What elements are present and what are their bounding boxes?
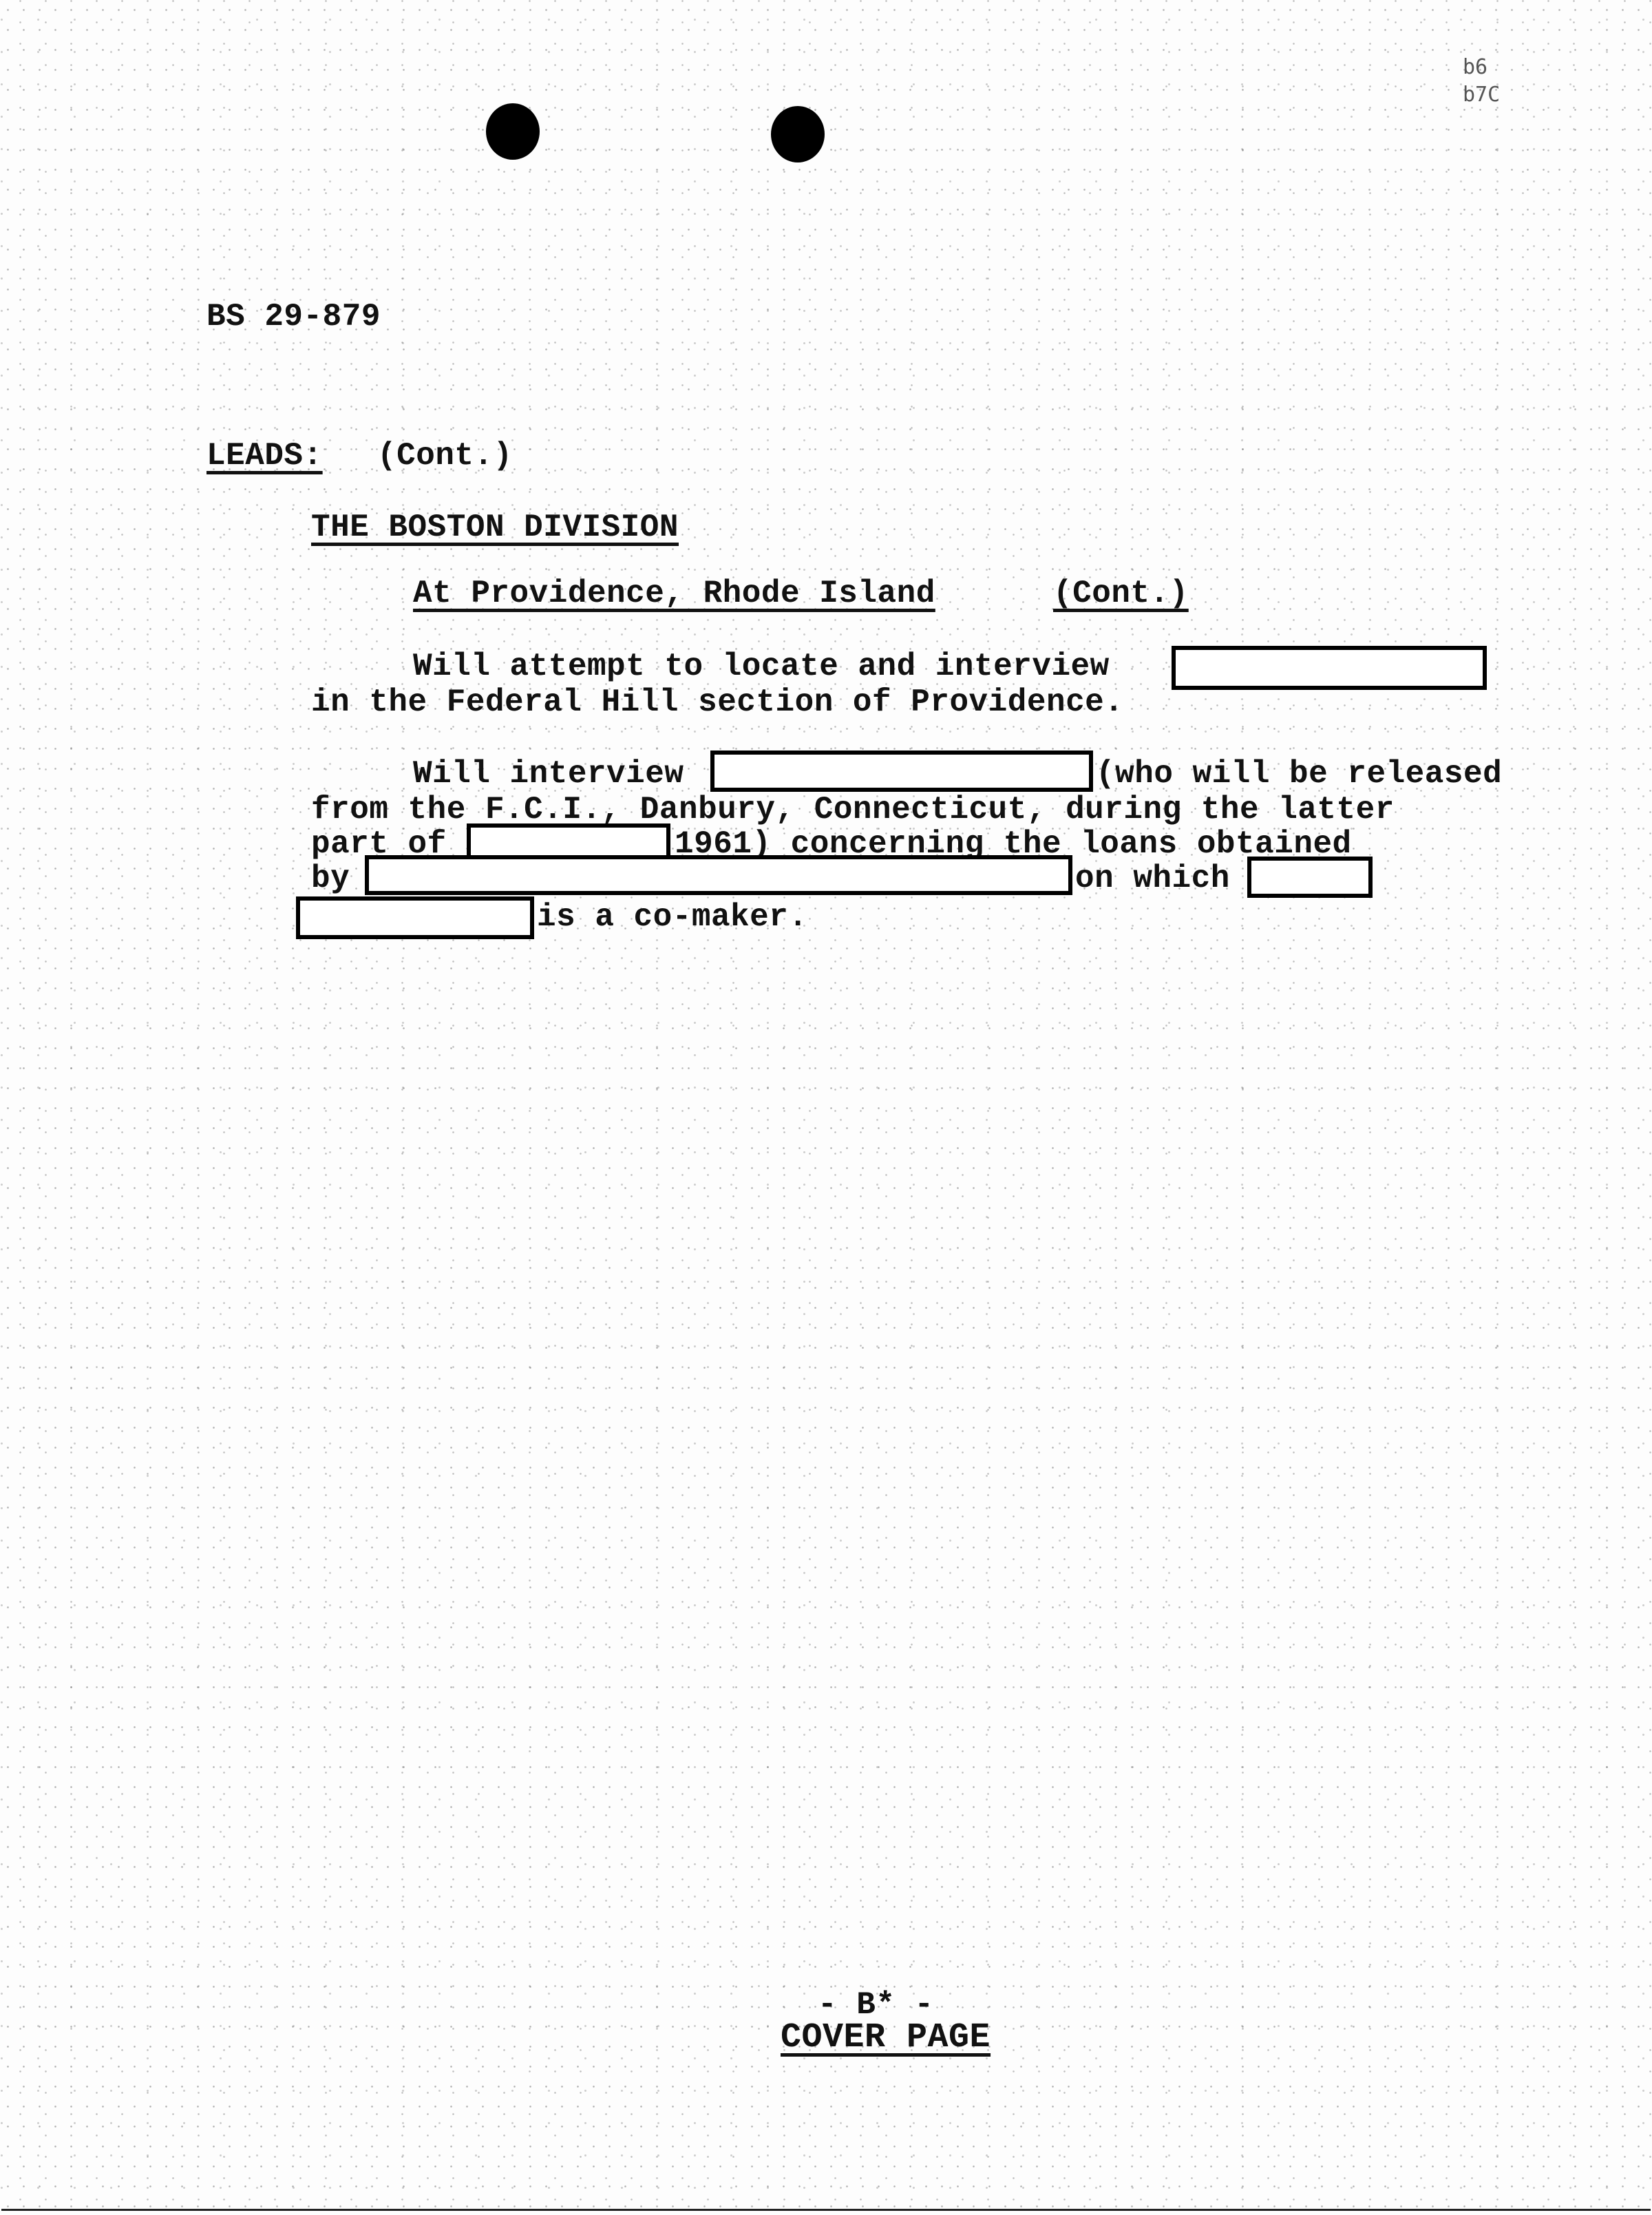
- paragraph2-line4-end: on which: [1075, 861, 1230, 896]
- leads-cont: (Cont.): [377, 438, 513, 474]
- paragraph2-line4-start: by: [311, 861, 350, 896]
- location-heading: At Providence, Rhode Island: [413, 576, 935, 611]
- redaction-box: [710, 750, 1093, 792]
- location-cont: (Cont.): [1053, 576, 1189, 611]
- paragraph1-line1: Will attempt to locate and interview: [413, 649, 1110, 684]
- punch-hole-left: [486, 103, 540, 160]
- redaction-box: [467, 823, 670, 859]
- exemption-code: b7C: [1463, 81, 1500, 109]
- redaction-box: [365, 855, 1072, 895]
- paragraph2-line2: from the F.C.I., Danbury, Connecticut, d…: [311, 792, 1395, 828]
- paragraph1-line2: in the Federal Hill section of Providenc…: [311, 684, 1123, 720]
- redaction-box: [1172, 646, 1487, 690]
- cover-page-label: COVER PAGE: [781, 2020, 991, 2056]
- redaction-box: [296, 896, 534, 939]
- punch-hole-right: [771, 106, 825, 162]
- leads-heading: LEADS:: [206, 438, 323, 474]
- paragraph2-line1-end: (who will be released: [1096, 756, 1502, 792]
- page-edge: [1, 2209, 1651, 2211]
- redaction-box: [1247, 857, 1373, 898]
- paragraph2-line5: is a co-maker.: [537, 899, 807, 935]
- exemption-code: b6: [1463, 54, 1500, 81]
- paragraph2-line1-start: Will interview: [413, 756, 684, 792]
- division-heading: THE BOSTON DIVISION: [311, 510, 679, 545]
- exemption-codes: b6 b7C: [1463, 54, 1500, 109]
- file-number: BS 29-879: [206, 299, 381, 335]
